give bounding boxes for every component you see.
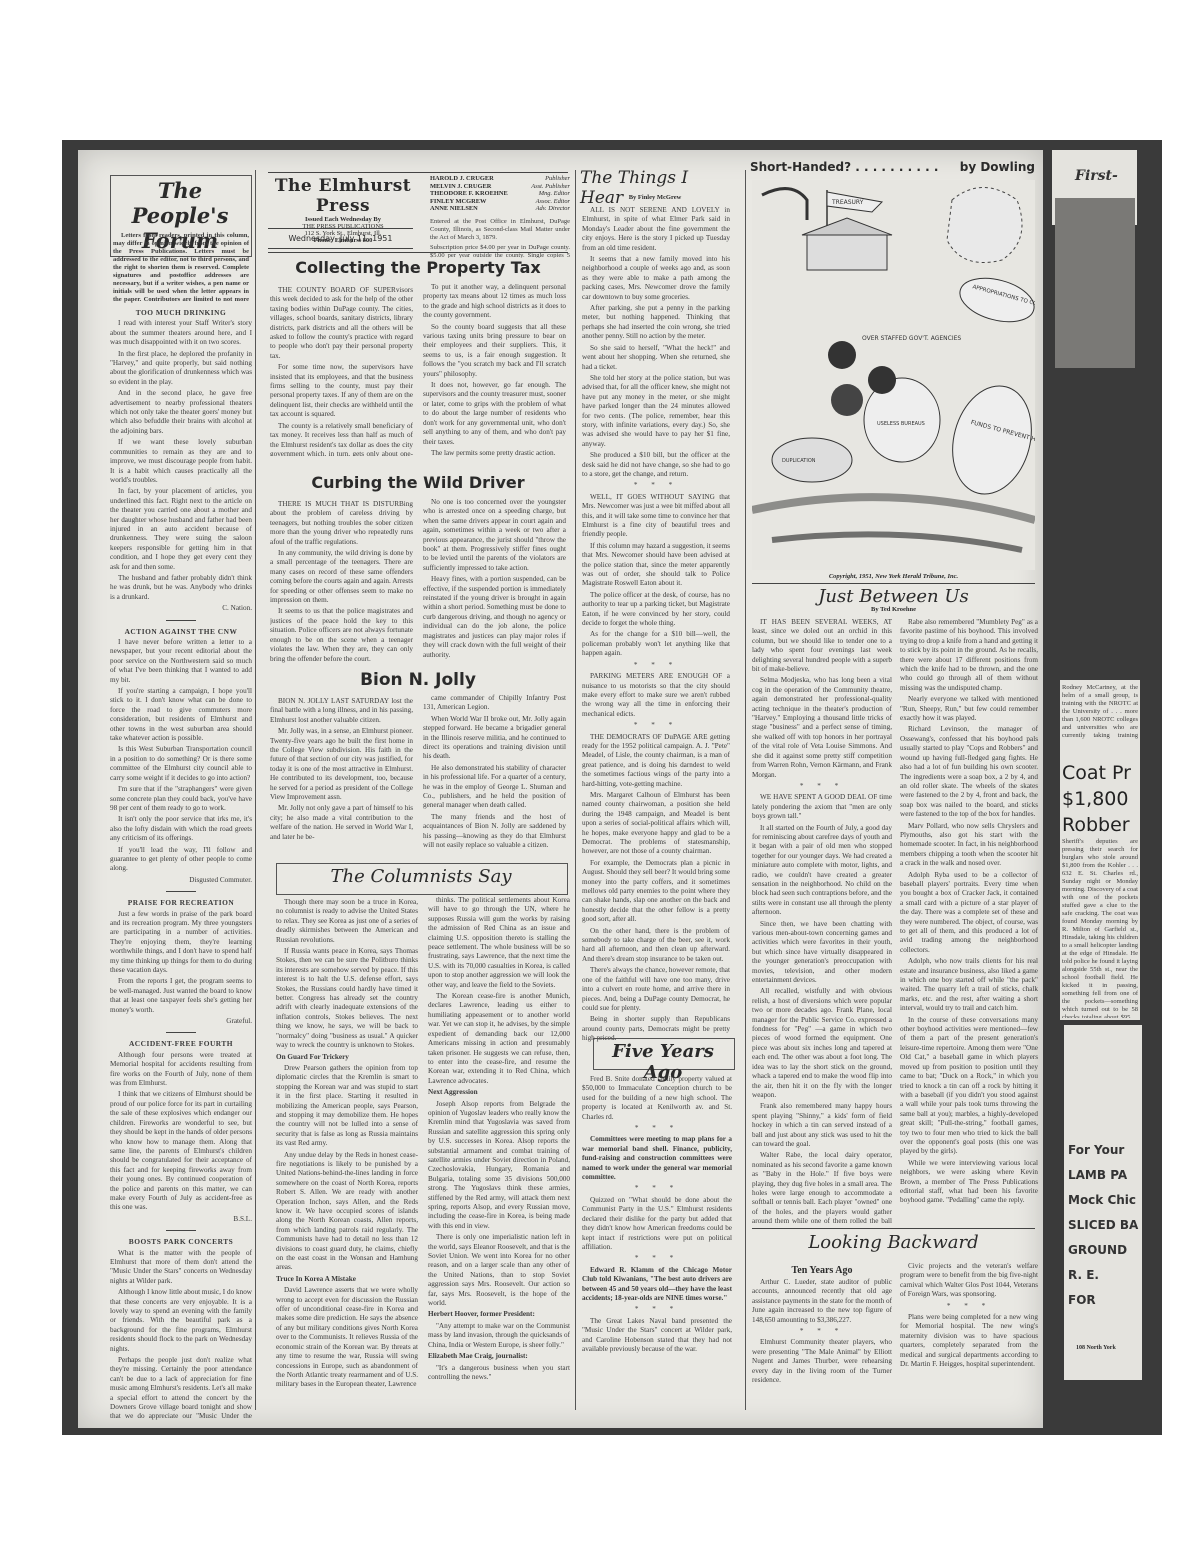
paragraph: As for the change for a $10 bill—well, t… bbox=[582, 630, 730, 658]
paragraph: When World War II broke out, Mr. Jolly a… bbox=[423, 715, 566, 762]
paragraph: From the reports I get, the program seem… bbox=[110, 977, 252, 1015]
staff-role: Publisher bbox=[545, 175, 570, 183]
adjacent-page-headline: Coat Pr$1,800Robber bbox=[1062, 760, 1140, 838]
paragraph: What is the matter with the people of El… bbox=[110, 1249, 252, 1287]
things-i-hear-title: The Things I Hear bbox=[580, 168, 730, 208]
paragraph: I'm sure that if the "straphangers" were… bbox=[110, 785, 252, 813]
section-separator: * * * bbox=[582, 721, 730, 730]
paragraph: If you'll lead the way, I'll follow and … bbox=[110, 846, 252, 874]
forum-letters: TOO MUCH DRINKINGI read with interest yo… bbox=[110, 308, 252, 1423]
paragraph: WE HAVE SPENT A GOOD DEAL OF time lately… bbox=[752, 793, 892, 821]
masthead-issued: Issued Each Wednesday By bbox=[268, 216, 418, 223]
letter-title: ACTION AGAINST THE CNW bbox=[110, 627, 252, 636]
paragraph: It seems that a new family moved into hi… bbox=[582, 255, 730, 302]
paragraph: Joseph Alsop reports from Belgrade the o… bbox=[428, 1100, 570, 1232]
paragraph: Mr. Jolly was, in a sense, an Elmhurst p… bbox=[270, 727, 413, 802]
section-separator: * * * bbox=[582, 481, 730, 490]
adjacent-page-photo bbox=[1055, 198, 1135, 368]
staff-row: ANNE NIELSENAdv. Director bbox=[430, 205, 570, 213]
paragraph: Richard Levinson, the manager of Ossewan… bbox=[900, 725, 1038, 819]
paragraph: came commander of Chipilly Infantry Post… bbox=[423, 694, 566, 713]
paragraph: In the first place, he deplored the prof… bbox=[110, 350, 252, 388]
paragraph: Frank also remembered many happy hours s… bbox=[752, 1102, 892, 1149]
paragraph: After parking, she put a penny in the pa… bbox=[582, 304, 730, 342]
columnists-left: Though there may soon be a truce in Kore… bbox=[276, 898, 418, 1410]
paragraph: Committees were meeting to map plans for… bbox=[582, 1135, 732, 1182]
just-between-us-left: IT HAS BEEN SEVERAL WEEKS, AT least, sin… bbox=[752, 618, 892, 1223]
paragraph: Though there may soon be a truce in Kore… bbox=[276, 898, 418, 945]
editorial-title-property-tax: Collecting the Property Tax bbox=[268, 258, 568, 277]
paragraph: It does not, however, go far enough. The… bbox=[423, 381, 566, 447]
section-separator: * * * bbox=[900, 1302, 1038, 1311]
editorial-title-jolly: Bion N. Jolly bbox=[268, 670, 568, 690]
paragraph: Quizzed on "What should be done about th… bbox=[582, 1196, 732, 1252]
paragraph: There's always the chance, however remot… bbox=[582, 966, 730, 1013]
letter-title: PRAISE FOR RECREATION bbox=[110, 898, 252, 907]
adjacent-page-ad-address: 108 North York bbox=[1076, 1345, 1116, 1351]
paragraph: Arthur C. Lueder, state auditor of publi… bbox=[752, 1278, 892, 1325]
paragraph: WELL, IT GOES WITHOUT SAYING that Mrs. N… bbox=[582, 493, 730, 540]
things-i-hear-byline: By Finley McGrew bbox=[580, 194, 730, 201]
letter-signature: Grateful. bbox=[110, 1017, 252, 1026]
just-between-us-byline: By Ted Kroehne bbox=[752, 606, 1035, 613]
paragraph: For some time now, the supervisors have … bbox=[270, 363, 413, 419]
editorial-jolly-left: BION N. JOLLY LAST SATURDAY lost the fin… bbox=[270, 697, 413, 859]
paragraph: So she said to herself, "What the heck!"… bbox=[582, 344, 730, 372]
staff-role: Assoc. Editor bbox=[536, 198, 570, 206]
cartoon-copyright: Copyright, 1951, New York Herald Tribune… bbox=[752, 573, 1035, 580]
headline-line: Coat Pr bbox=[1062, 760, 1140, 786]
staff-role: Adv. Director bbox=[536, 205, 570, 213]
looking-backward-left: Arthur C. Lueder, state auditor of publi… bbox=[752, 1278, 892, 1403]
columnists-right: thinks. The political settlements about … bbox=[428, 896, 570, 1410]
letter-title: TOO MUCH DRINKING bbox=[110, 308, 252, 317]
editorial-jolly-right: came commander of Chipilly Infantry Post… bbox=[423, 694, 566, 859]
ad-line: LAMB PA bbox=[1068, 1163, 1142, 1188]
masthead-date: Wednesday, July 11, 1951 bbox=[268, 234, 413, 243]
useless-bureaus-label: USELESS BUREAUS bbox=[877, 421, 925, 427]
paragraph: Heavy fines, with a portion suspended, c… bbox=[423, 575, 566, 660]
section-separator: * * * bbox=[582, 1184, 732, 1193]
ad-line: For Your bbox=[1068, 1138, 1142, 1163]
paragraph: Mrs. Margaret Calhoun of Elmhurst has be… bbox=[582, 791, 730, 857]
paragraph: Edward R. Klamm of the Chicago Motor Clu… bbox=[582, 1266, 732, 1304]
paragraph: Herbert Hoover, former President: bbox=[428, 1310, 570, 1319]
paragraph: If you're starting a campaign, I hope yo… bbox=[110, 687, 252, 743]
column-divider bbox=[575, 170, 576, 1410]
divider bbox=[166, 620, 196, 621]
cartoon-header: Short-Handed? . . . . . . . . . . by Dow… bbox=[750, 160, 1035, 174]
paragraph: If we want these lovely suburban communi… bbox=[110, 438, 252, 485]
masthead-bottom-rule bbox=[268, 248, 413, 249]
paragraph: Just a few words in praise of the park b… bbox=[110, 910, 252, 976]
paragraph: Since then, we have been chatting with v… bbox=[752, 920, 892, 986]
paragraph: For example, the Democrats plan a picnic… bbox=[582, 859, 730, 925]
paragraph: PARKING METERS ARE ENOUGH OF a nuisance … bbox=[582, 672, 730, 719]
paragraph: The Korean cease-fire is another Munich,… bbox=[428, 992, 570, 1086]
ad-line: Mock Chic bbox=[1068, 1188, 1142, 1213]
editorial-property-tax-left: THE COUNTY BOARD OF SUPERvisors this wee… bbox=[270, 286, 413, 456]
paragraph: THERE IS MUCH THAT IS DISTURBing about t… bbox=[270, 500, 413, 547]
paragraph: Adolph, who now trails clients for his r… bbox=[900, 957, 1038, 1013]
paragraph: IT HAS BEEN SEVERAL WEEKS, AT least, sin… bbox=[752, 618, 892, 674]
paragraph: Marv Pollard, who now sells Chryslers an… bbox=[900, 822, 1038, 869]
paragraph: I think that we citizens of Elmhurst sho… bbox=[110, 1090, 252, 1212]
section-separator: * * * bbox=[582, 1254, 732, 1263]
overstaffed-label: OVER STAFFED GOV'T. AGENCIES bbox=[862, 335, 961, 342]
ad-line: FOR bbox=[1068, 1288, 1142, 1313]
five-years-ago-body: Fred B. Snite donated family property va… bbox=[582, 1075, 732, 1410]
paragraph: The police officer at the desk, of cours… bbox=[582, 591, 730, 629]
paragraph: So the county board suggests that all th… bbox=[423, 323, 566, 379]
staff-name: MELVIN J. CRUGER bbox=[430, 183, 491, 191]
adjacent-page-header: First- bbox=[1075, 168, 1118, 184]
divider bbox=[166, 1230, 196, 1231]
editorial-title-wild-driver: Curbing the Wild Driver bbox=[268, 473, 568, 492]
paragraph: All recalled, wistfully and with obvious… bbox=[752, 987, 892, 1100]
paragraph: There is only one imperialistic nation l… bbox=[428, 1233, 570, 1308]
editorial-wild-driver-right: No one is too concerned over the youngst… bbox=[423, 498, 566, 666]
paragraph: If this column may hazard a suggestion, … bbox=[582, 542, 730, 589]
paragraph: It all started on the Fourth of July, a … bbox=[752, 824, 892, 918]
letter-signature: B.S.L. bbox=[110, 1215, 252, 1224]
staff-role: Asst. Publisher bbox=[531, 183, 570, 191]
paragraph: Rabe also remembered "Mumblety Peg" as a… bbox=[900, 618, 1038, 693]
masthead-name: The Elmhurst Press bbox=[268, 176, 418, 216]
staff-row: HAROLD J. CRUGERPublisher bbox=[430, 175, 570, 183]
staff-row: MELVIN J. CRUGERAsst. Publisher bbox=[430, 183, 570, 191]
paragraph: Mr. Jolly not only gave a part of himsel… bbox=[270, 804, 413, 842]
paragraph: Elmhurst Community theater players, who … bbox=[752, 1338, 892, 1385]
looking-backward-right: Civic projects and the veteran's welfare… bbox=[900, 1262, 1038, 1402]
section-separator: * * * bbox=[582, 661, 730, 670]
divider bbox=[166, 1032, 196, 1033]
staff-row: FINLEY MCGREWAssoc. Editor bbox=[430, 198, 570, 206]
paragraph: Nearly everyone we talked with mentioned… bbox=[900, 695, 1038, 723]
paragraph: If Russia wants peace in Korea, says Tho… bbox=[276, 947, 418, 1050]
ad-line: SLICED BA bbox=[1068, 1213, 1142, 1238]
paragraph: Perhaps the people just don't realize wh… bbox=[110, 1356, 252, 1423]
paragraph: In the course of these conversations man… bbox=[900, 1016, 1038, 1157]
column-divider bbox=[745, 170, 746, 1410]
paragraph: Walter Rabe, the local dairy operator, n… bbox=[752, 1151, 892, 1223]
paragraph: THE DEMOCRATS OF DuPAGE ARE getting read… bbox=[582, 733, 730, 789]
letter-title: BOOSTS PARK CONCERTS bbox=[110, 1237, 252, 1246]
paragraph: And in the second place, he gave free ad… bbox=[110, 389, 252, 436]
section-separator: * * * bbox=[752, 1327, 892, 1336]
adjacent-page-ad-lines: For YourLAMB PAMock ChicSLICED BAGROUNDR… bbox=[1068, 1138, 1142, 1313]
paragraph: Although four persons were treated at Me… bbox=[110, 1051, 252, 1089]
paragraph: In any community, the wild driving is do… bbox=[270, 549, 413, 605]
paragraph: The Great Lakes Naval band presented the… bbox=[582, 1317, 732, 1355]
paragraph: Drew Pearson gathers the opinion from to… bbox=[276, 1064, 418, 1149]
paragraph: She produced a $10 bill, but the officer… bbox=[582, 451, 730, 479]
paragraph: The many friends and the host of acquain… bbox=[423, 813, 566, 851]
paragraph: No one is too concerned over the youngst… bbox=[423, 498, 566, 573]
paragraph: Fred B. Snite donated family property va… bbox=[582, 1075, 732, 1122]
paragraph: ALL IS NOT SERENE AND LOVELY in Elmhurst… bbox=[582, 206, 730, 253]
looking-backward-rule bbox=[752, 1228, 1035, 1229]
paragraph: She told her story at the police station… bbox=[582, 374, 730, 449]
paragraph: The husband and father probably didn't t… bbox=[110, 574, 252, 602]
paragraph: On Guard For Trickery bbox=[276, 1053, 418, 1062]
duplication-label: DUPLICATION bbox=[782, 458, 816, 464]
paragraph: Selma Modjeska, who has long been a vita… bbox=[752, 676, 892, 779]
column-divider bbox=[255, 170, 256, 1410]
staff-role: Mng. Editor bbox=[539, 190, 570, 198]
paragraph: I read with interest your Staff Writer's… bbox=[110, 319, 252, 347]
columnists-title: The Columnists Say bbox=[276, 866, 566, 887]
paragraph: Any undue delay by the Reds in honest ce… bbox=[276, 1151, 418, 1273]
masthead-full-rule bbox=[268, 252, 568, 253]
staff-name: FINLEY MCGREW bbox=[430, 198, 486, 206]
letter-signature: Disgusted Commuter. bbox=[110, 876, 252, 885]
paragraph: Elizabeth Mae Craig, journalist: bbox=[428, 1352, 570, 1361]
ad-line: GROUND bbox=[1068, 1238, 1142, 1263]
paragraph: Plans were being completed for a new win… bbox=[900, 1313, 1038, 1369]
cartoon-credit: by Dowling bbox=[960, 160, 1035, 174]
paragraph: BION N. JOLLY LAST SATURDAY lost the fin… bbox=[270, 697, 413, 725]
editorial-property-tax-right: To put it another way, a delinquent pers… bbox=[423, 283, 566, 458]
paragraph: Next Aggression bbox=[428, 1088, 570, 1097]
paragraph: He also demonstrated his stability of ch… bbox=[423, 764, 566, 811]
paragraph: The county is a relatively small benefic… bbox=[270, 422, 413, 456]
divider bbox=[166, 891, 196, 892]
paragraph: thinks. The political settlements about … bbox=[428, 896, 570, 990]
paragraph: David Lawrence asserts that we were whol… bbox=[276, 1286, 418, 1389]
paragraph: While we were interviewing various local… bbox=[900, 1159, 1038, 1206]
things-i-hear-body: ALL IS NOT SERENE AND LOVELY in Elmhurst… bbox=[582, 206, 730, 1046]
staff-name: HAROLD J. CRUGER bbox=[430, 175, 494, 183]
cartoon-bottom-rule bbox=[752, 583, 1035, 584]
paragraph: "Any attempt to make war on the Communis… bbox=[428, 1322, 570, 1350]
paragraph: To put it another way, a delinquent pers… bbox=[423, 283, 566, 321]
paragraph: THE COUNTY BOARD OF SUPERvisors this wee… bbox=[270, 286, 413, 361]
paragraph: I have never before written a letter to … bbox=[110, 638, 252, 685]
section-separator: * * * bbox=[582, 1305, 732, 1314]
staff-name: ANNE NIELSEN bbox=[430, 205, 478, 213]
paragraph: Truce In Korea A Mistake bbox=[276, 1275, 418, 1284]
adjacent-page-article: Sheriff's deputies are pressing their se… bbox=[1062, 838, 1138, 1018]
masthead-staff: HAROLD J. CRUGERPublisherMELVIN J. CRUGE… bbox=[430, 175, 570, 213]
forum-intro: Letters from readers, printed in this co… bbox=[113, 232, 249, 304]
section-separator: * * * bbox=[752, 782, 892, 791]
headline-line: $1,800 bbox=[1062, 786, 1140, 812]
masthead-date-rule bbox=[268, 228, 413, 229]
headline-line: Robber bbox=[1062, 812, 1140, 838]
cartoon-title: Short-Handed? bbox=[750, 160, 851, 174]
paragraph: It seems to us that the police magistrat… bbox=[270, 607, 413, 663]
looking-backward-subtitle: Ten Years Ago bbox=[752, 1265, 892, 1276]
paragraph: Adolph Ryba used to be a collector of ba… bbox=[900, 871, 1038, 956]
just-between-us-title: Just Between Us bbox=[752, 586, 1035, 607]
paragraph: "It's a dangerous business when you star… bbox=[428, 1364, 570, 1383]
treasury-label: TREASURY bbox=[831, 199, 864, 206]
letter-signature: C. Nation. bbox=[110, 604, 252, 613]
letter-title: ACCIDENT-FREE FOURTH bbox=[110, 1039, 252, 1048]
adjacent-page-snippet: Rodney McCartney, at the helm of a small… bbox=[1062, 684, 1138, 739]
masthead-top-rule bbox=[268, 172, 568, 173]
editorial-cartoon: TREASURY APPROPRIATIONS TO COMBAT THE DR… bbox=[752, 180, 1035, 570]
ad-line: R. E. bbox=[1068, 1263, 1142, 1288]
paragraph: In fact, by your placement of articles, … bbox=[110, 487, 252, 572]
cartoon-leader-dots: . . . . . . . . . . bbox=[855, 160, 938, 174]
paragraph: On the other hand, there is the problem … bbox=[582, 927, 730, 965]
staff-name: THEODORE F. KROEHNE bbox=[430, 190, 508, 198]
just-between-us-right: Rabe also remembered "Mumblety Peg" as a… bbox=[900, 618, 1038, 1223]
editorial-wild-driver-left: THERE IS MUCH THAT IS DISTURBing about t… bbox=[270, 500, 413, 665]
looking-backward-title: Looking Backward bbox=[752, 1232, 1035, 1253]
section-separator: * * * bbox=[582, 1124, 732, 1133]
paragraph: Is this West Suburban Transportation cou… bbox=[110, 745, 252, 783]
paragraph: Although I know little about music, I do… bbox=[110, 1288, 252, 1354]
paragraph: The law permits some pretty drastic acti… bbox=[423, 449, 566, 458]
paragraph: Civic projects and the veteran's welfare… bbox=[900, 1262, 1038, 1300]
paragraph: It isn't only the poor service that irks… bbox=[110, 815, 252, 843]
staff-row: THEODORE F. KROEHNEMng. Editor bbox=[430, 190, 570, 198]
forum-title-line1: The People's bbox=[112, 178, 248, 228]
